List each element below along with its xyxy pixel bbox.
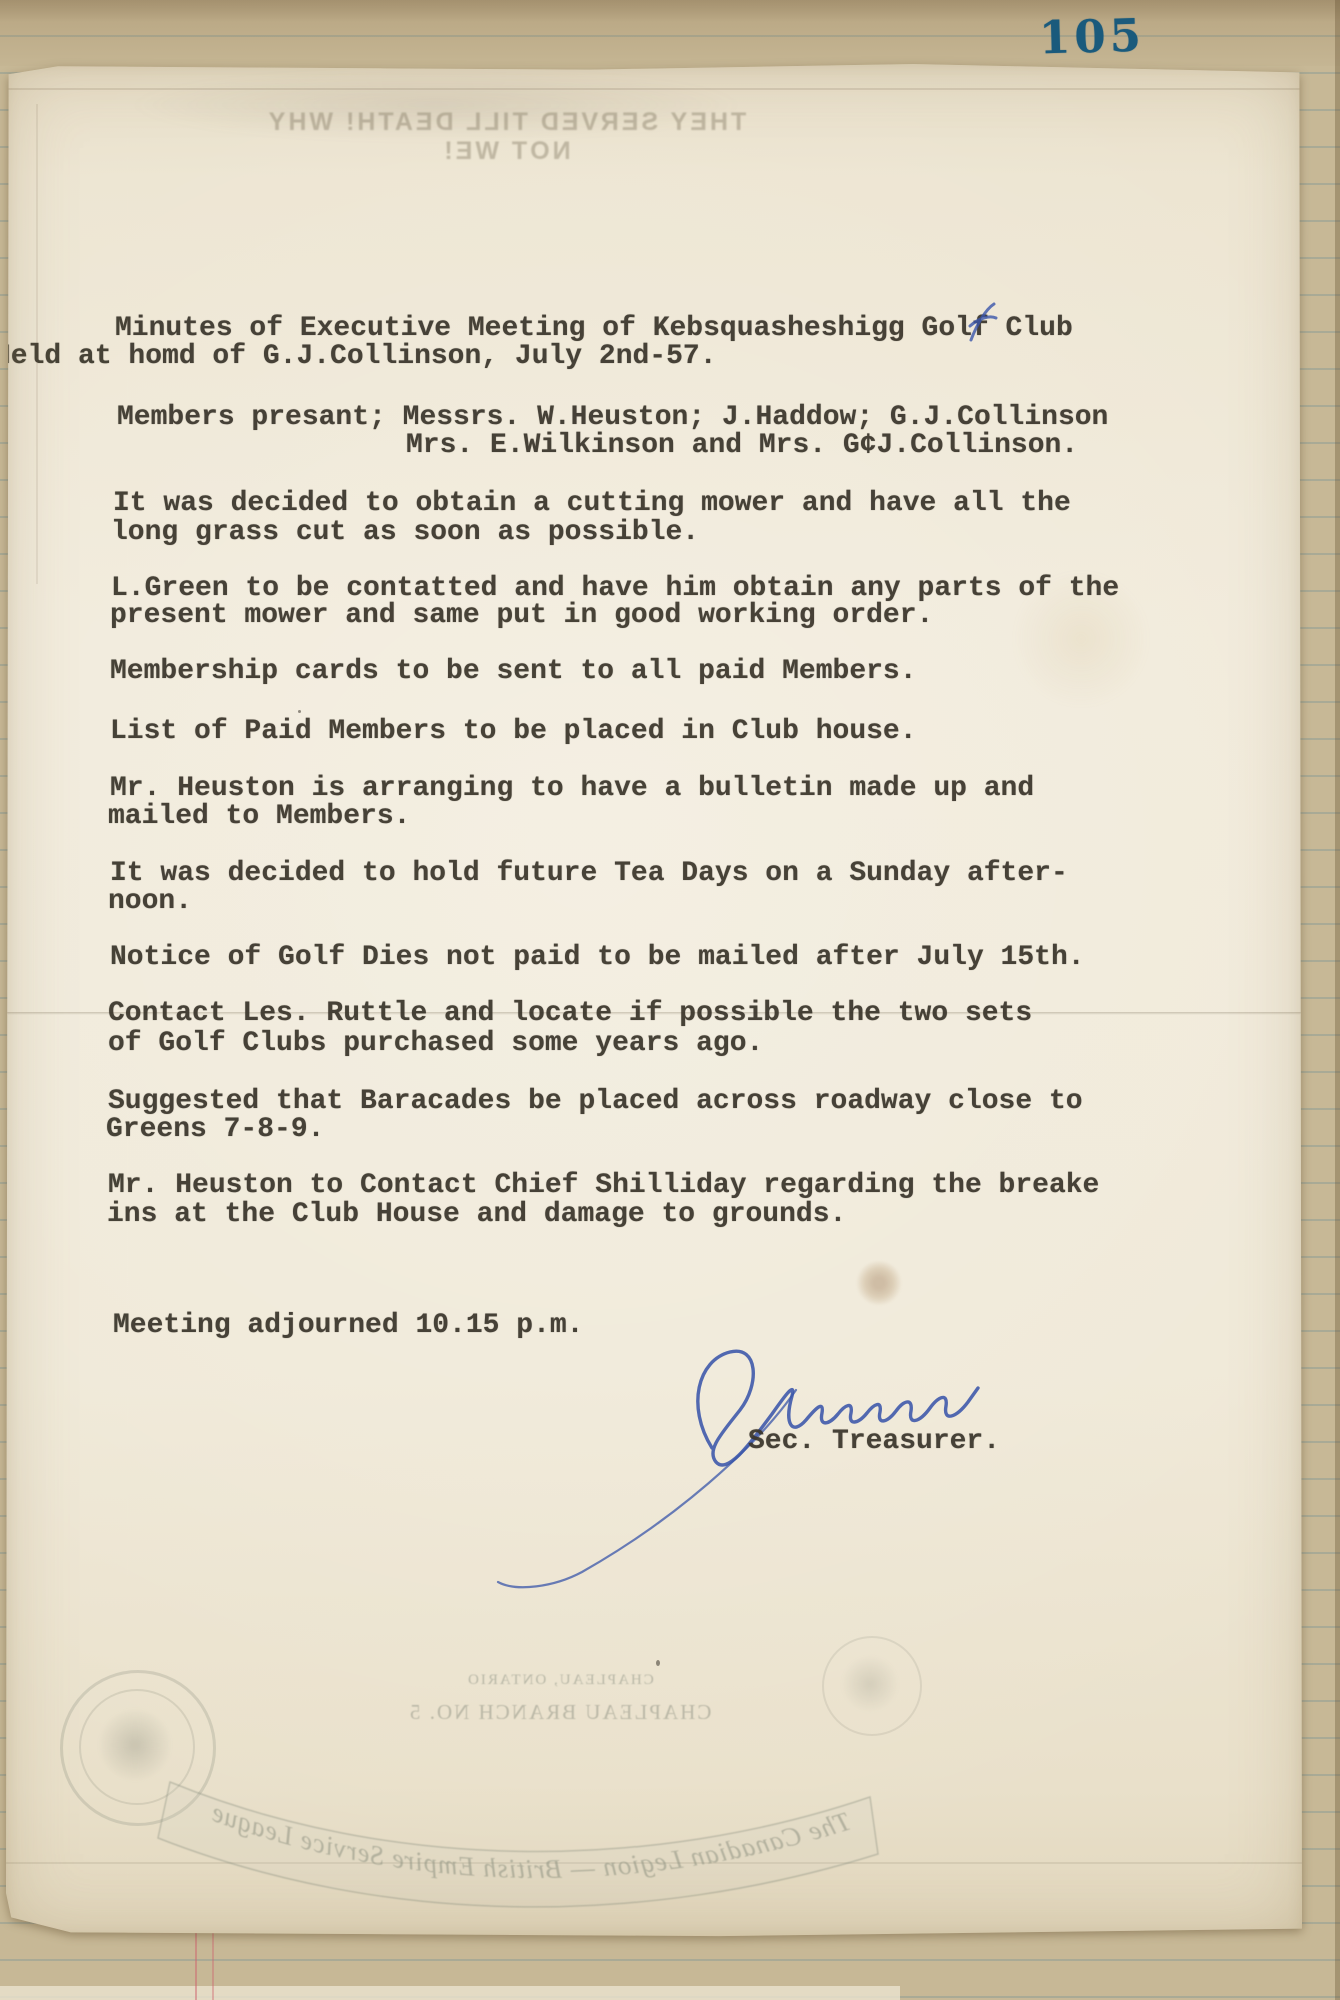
page-number: 105 xyxy=(1031,8,1152,64)
signature-scrawl-svg xyxy=(464,1330,1004,1620)
minutes-item-line: Notice of Golf Dies not paid to be maile… xyxy=(110,944,1085,972)
minutes-item-line: It was decided to obtain a cutting mower… xyxy=(113,490,1071,518)
minutes-item-line: Membership cards to be sent to all paid … xyxy=(110,658,917,686)
letterhead-crest-right xyxy=(822,1636,922,1736)
minutes-item-line: ins at the Club House and damage to grou… xyxy=(107,1201,846,1229)
minutes-item-line: L.Green to be contatted and have him obt… xyxy=(111,575,1119,603)
crease-top xyxy=(6,88,1302,90)
signature-tail-path xyxy=(498,1390,796,1587)
minutes-item-line: long grass cut as soon as possible. xyxy=(111,519,699,547)
minutes-heading-line-1: Minutes of Executive Meeting of Kebsquas… xyxy=(115,315,1073,343)
attendees-line-2: Mrs. E.Wilkinson and Mrs. G¢J.Collinson. xyxy=(406,432,1078,460)
pasted-sheet: THEY SERVED TILL DEATH! WHY NOT WE! Minu… xyxy=(6,64,1302,1938)
letterhead-branch: CHAPLEAU BRANCH NO. 5 xyxy=(380,1700,740,1725)
ledger-page: 105 THEY SERVED TILL DEATH! WHY NOT WE! … xyxy=(0,0,1340,2000)
ledger-bottom-strip xyxy=(0,1986,900,2000)
ink-speck-2 xyxy=(298,710,301,713)
minutes-item-line: Greens 7-8-9. xyxy=(106,1116,324,1144)
top-bleed-text: THEY SERVED TILL DEATH! WHY NOT WE! xyxy=(236,108,776,166)
minutes-item-line: mailed to Members. xyxy=(108,803,410,831)
minutes-item-line: Contact Les. Ruttle and locate if possib… xyxy=(108,1000,1032,1028)
minutes-item-line: Mr. Heuston is arranging to have a bulle… xyxy=(110,775,1034,803)
ink-speck-1 xyxy=(656,1660,660,1666)
attendees-line-1: Members presant; Messrs. W.Heuston; J.Ha… xyxy=(117,404,1108,432)
letterhead-location-mirrored: CHAPLEAU, ONTARIO xyxy=(466,1672,654,1689)
ledger-right-edge xyxy=(1335,0,1340,2000)
minutes-item-line: Suggested that Baracades be placed acros… xyxy=(108,1088,1083,1116)
minutes-item-line: of Golf Clubs purchased some years ago. xyxy=(108,1030,763,1058)
ink-correction-mark xyxy=(964,300,1000,346)
letterhead-branch-mirrored: CHAPLEAU BRANCH NO. 5 xyxy=(408,1700,711,1725)
letterhead-banner-svg: The Canadian Legion — British Empire Ser… xyxy=(140,1742,900,1938)
minutes-item-line: It was decided to hold future Tea Days o… xyxy=(110,860,1068,888)
letterhead-location: CHAPLEAU, ONTARIO xyxy=(410,1672,710,1689)
pasted-sheet-wrapper: THEY SERVED TILL DEATH! WHY NOT WE! Minu… xyxy=(6,64,1302,1938)
minutes-item-line: present mower and same put in good worki… xyxy=(110,602,933,630)
minutes-item-line: Mr. Heuston to Contact Chief Shilliday r… xyxy=(108,1172,1099,1200)
minutes-heading-line-2: Held at homd of G.J.Collinson, July 2nd-… xyxy=(6,343,717,371)
minutes-item-line: noon. xyxy=(108,888,192,916)
minutes-item-line: List of Paid Members to be placed in Clu… xyxy=(110,718,917,746)
letterhead-crest-right-emblem xyxy=(843,1657,897,1711)
signature-role: Sec. Treasurer. xyxy=(748,1428,1000,1456)
top-bleed-text-mirrored: THEY SERVED TILL DEATH! WHY NOT WE! xyxy=(236,108,776,166)
stain-brown-spot xyxy=(856,1261,902,1305)
